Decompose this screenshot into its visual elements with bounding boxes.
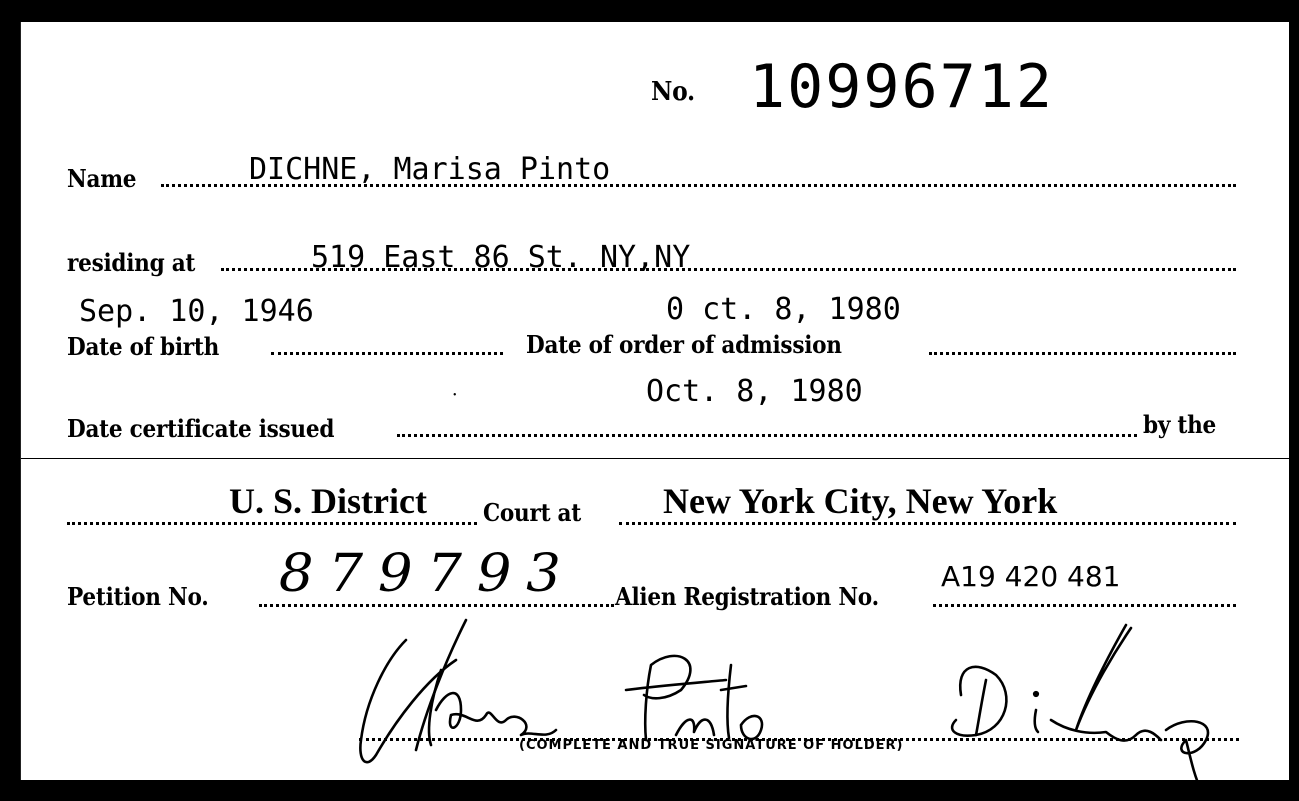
court-location-value: New York City, New York	[663, 480, 1057, 522]
alien-registration-value: A19 420 481	[941, 560, 1120, 593]
residence-value: 519 East 86 St. NY,NY	[311, 240, 690, 275]
date-of-admission-dotted-line	[929, 352, 1236, 355]
date-issued-dotted-line	[397, 434, 1137, 437]
petition-label: Petition No.	[67, 582, 208, 611]
date-of-admission-value: 0 ct. 8, 1980	[666, 292, 901, 327]
residence-label: residing at	[67, 248, 195, 277]
date-of-birth-dotted-line	[271, 352, 503, 355]
court-at-label: Court at	[483, 498, 581, 527]
court-name-value: U. S. District	[229, 480, 427, 522]
section-divider	[21, 458, 1289, 459]
petition-dotted-line	[259, 604, 614, 607]
stray-mark: •	[453, 390, 457, 401]
date-of-birth-value: Sep. 10, 1946	[79, 294, 314, 329]
certificate-number-label: No.	[651, 77, 695, 107]
alien-registration-dotted-line	[933, 604, 1236, 607]
date-issued-label: Date certificate issued	[67, 414, 334, 443]
name-value: DICHNE, Marisa Pinto	[249, 152, 610, 187]
name-label: Name	[67, 164, 136, 193]
court-location-dotted-line	[619, 522, 1236, 525]
petition-number-handwritten: 879793	[279, 544, 576, 604]
naturalization-certificate-card: No. 10996712 Name DICHNE, Marisa Pinto r…	[20, 22, 1289, 780]
date-issued-suffix: by the	[1143, 410, 1216, 439]
certificate-number: 10996712	[749, 52, 1054, 122]
date-of-birth-label: Date of birth	[67, 332, 219, 361]
handwritten-signature	[346, 620, 1246, 790]
date-issued-value: Oct. 8, 1980	[646, 374, 863, 409]
date-of-admission-label: Date of order of admission	[526, 330, 842, 359]
court-name-dotted-line	[67, 522, 477, 525]
alien-registration-label: Alien Registration No.	[615, 582, 879, 611]
